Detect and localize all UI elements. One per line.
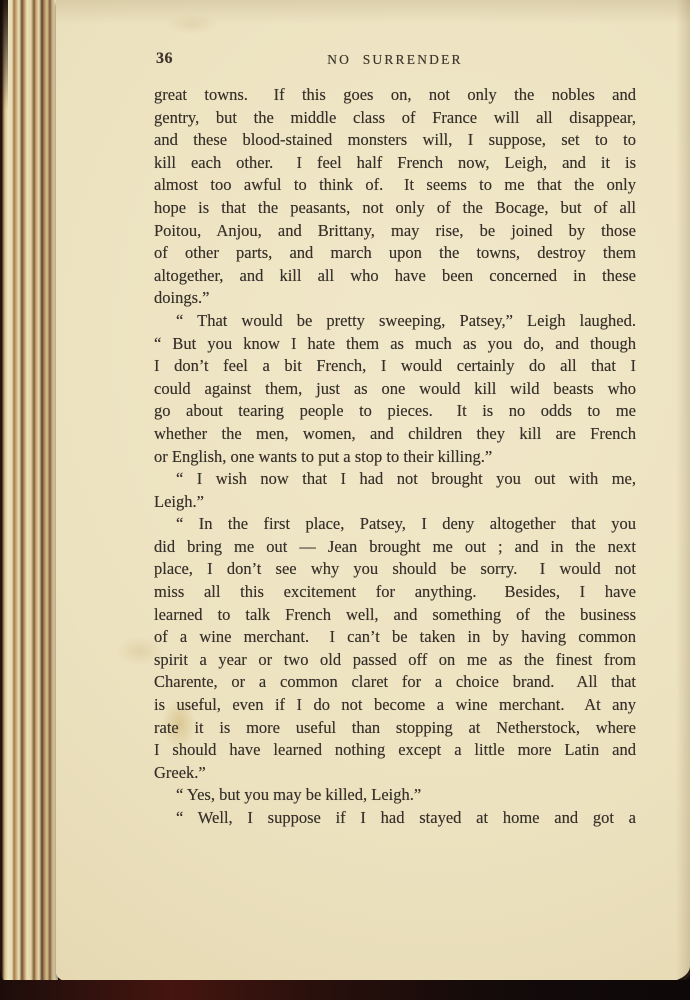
page-header: 36 NO SURRENDER <box>154 50 636 70</box>
text-line: kill each other. I feel half French now,… <box>154 152 636 175</box>
text-line: almost too awful to think of. It seems t… <box>154 174 636 197</box>
page-number: 36 <box>156 50 173 68</box>
text-line: rate it is more useful than stopping at … <box>154 717 636 740</box>
text-line: whether the men, women, and children the… <box>154 423 636 446</box>
text-line: Charente, or a common claret for a choic… <box>154 671 636 694</box>
text-line: “ In the first place, Patsey, I deny alt… <box>154 513 636 536</box>
text-line: “ Well, I suppose if I had stayed at hom… <box>154 807 636 830</box>
text-line: go about tearing people to pieces. It is… <box>154 400 636 423</box>
book-page-edges <box>0 0 58 984</box>
text-line: Poitou, Anjou, and Brittany, may rise, b… <box>154 220 636 243</box>
book-cover-sliver <box>0 0 8 110</box>
text-line: miss all this excitement for anything. B… <box>154 581 636 604</box>
running-title: NO SURRENDER <box>327 52 463 68</box>
text-line: of a wine merchant. I can’t be taken in … <box>154 626 636 649</box>
text-line: did bring me out — Jean brought me out ;… <box>154 536 636 559</box>
text-line: gentry, but the middle class of France w… <box>154 107 636 130</box>
text-line: “ But you know I hate them as much as yo… <box>154 333 636 356</box>
text-line: great towns. If this goes on, not only t… <box>154 84 636 107</box>
text-line: and these blood-stained monsters will, I… <box>154 129 636 152</box>
text-line: I should have learned nothing except a l… <box>154 739 636 762</box>
book-cover-edge <box>0 980 690 1000</box>
text-line: I don’t feel a bit French, I would certa… <box>154 355 636 378</box>
text-line: hope is that the peasants, not only of t… <box>154 197 636 220</box>
text-line: “ I wish now that I had not brought you … <box>154 468 636 491</box>
book-scan: 36 NO SURRENDER great towns. If this goe… <box>0 0 690 1000</box>
text-line: “ That would be pretty sweeping, Patsey,… <box>154 310 636 333</box>
text-line: Leigh.” <box>154 491 636 514</box>
text-line: of other parts, and march upon the towns… <box>154 242 636 265</box>
text-line: altogether, and kill all who have been c… <box>154 265 636 288</box>
page-text: great towns. If this goes on, not only t… <box>154 84 636 830</box>
text-line: is useful, even if I do not become a win… <box>154 694 636 717</box>
text-line: “ Yes, but you may be killed, Leigh.” <box>154 784 636 807</box>
page-top-shading <box>56 0 690 24</box>
text-line: place, I don’t see why you should be sor… <box>154 558 636 581</box>
page-right-shading <box>676 0 690 982</box>
text-line: spirit a year or two old passed off on m… <box>154 649 636 672</box>
book-page: 36 NO SURRENDER great towns. If this goe… <box>56 0 690 982</box>
text-line: learned to talk French well, and somethi… <box>154 604 636 627</box>
text-line: Greek.” <box>154 762 636 785</box>
text-line: could against them, just as one would ki… <box>154 378 636 401</box>
text-line: doings.” <box>154 287 636 310</box>
text-line: or English, one wants to put a stop to t… <box>154 446 636 469</box>
